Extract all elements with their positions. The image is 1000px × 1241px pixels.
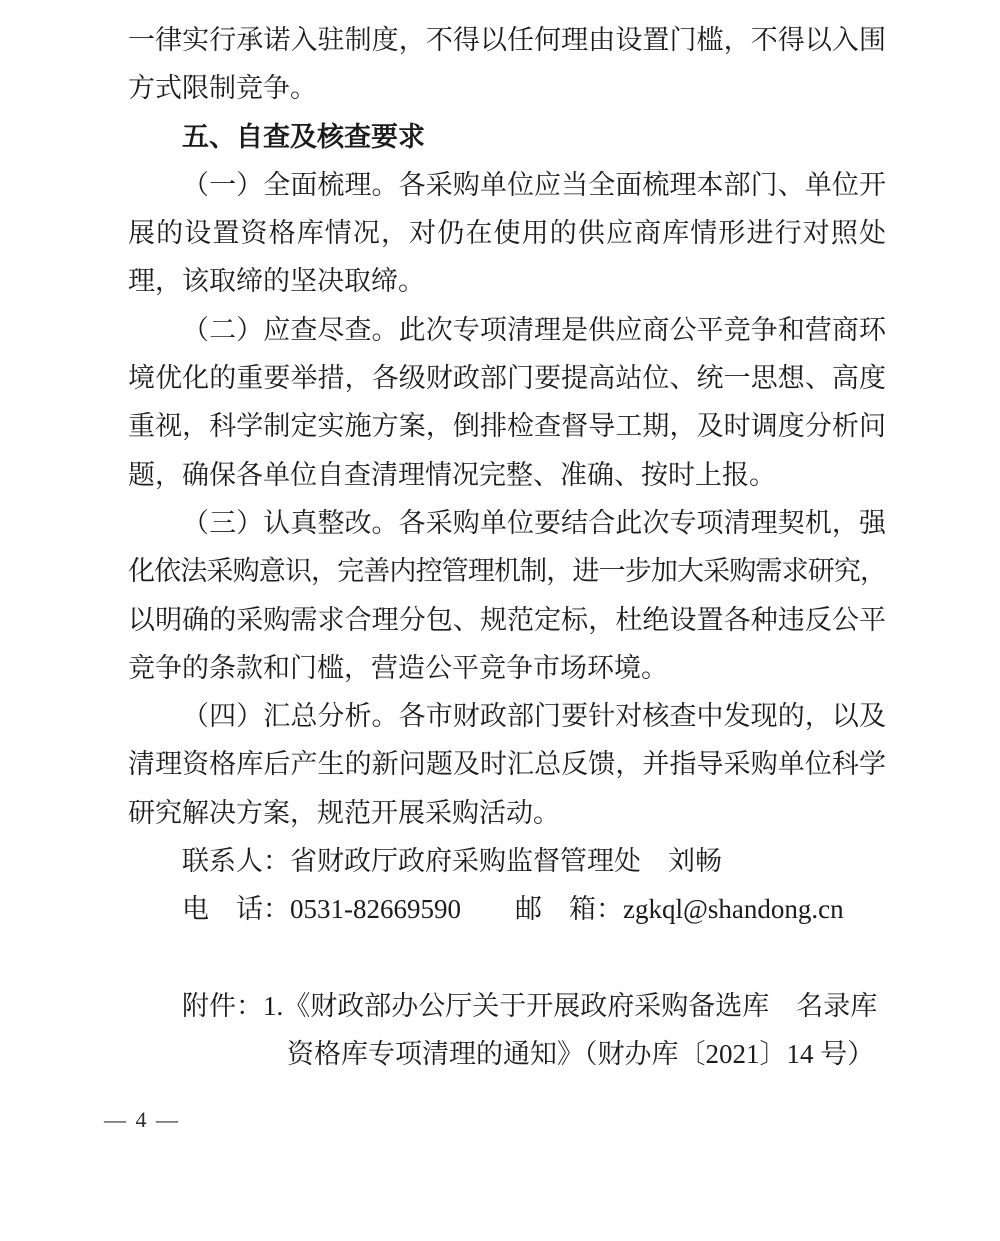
paragraph-line: 清理资格库后产生的新问题及时汇总反馈，并指导采购单位科学 <box>128 740 886 788</box>
paragraph-line: （三）认真整改。各采购单位要结合此次专项清理契机，强 <box>128 499 886 547</box>
paragraph-line: （一）全面梳理。各采购单位应当全面梳理本部门、单位开 <box>128 161 886 209</box>
contact-phone-email-line: 电 话：0531-82669590 邮 箱：zgkql@shandong.cn <box>128 885 886 933</box>
attachment-line-2: 资格库专项清理的通知》（财办库〔2021〕14 号） <box>128 1030 886 1078</box>
paragraph-line: 研究解决方案，规范开展采购活动。 <box>128 789 886 837</box>
paragraph-line: 以明确的采购需求合理分包、规范定标，杜绝设置各种违反公平 <box>128 596 886 644</box>
continuation-line: 方式限制竞争。 <box>128 64 886 112</box>
attachment-line-1: 附件：1.《财政部办公厅关于开展政府采购备选库 名录库 <box>128 982 886 1030</box>
paragraph-line: 竞争的条款和门槛，营造公平竞争市场环境。 <box>128 644 886 692</box>
paragraph-line: 理，该取缔的坚决取缔。 <box>128 257 886 305</box>
paragraph-line: 题，确保各单位自查清理情况完整、准确、按时上报。 <box>128 451 886 499</box>
paragraph-line: （二）应查尽查。此次专项清理是供应商公平竞争和营商环 <box>128 306 886 354</box>
section-heading: 五、自查及核查要求 <box>128 113 886 161</box>
contact-person-line: 联系人：省财政厅政府采购监督管理处 刘畅 <box>128 837 886 885</box>
document-page: 一律实行承诺入驻制度，不得以任何理由设置门槛，不得以入围 方式限制竞争。 五、自… <box>0 0 1000 1241</box>
paragraph-line: 重视，科学制定实施方案，倒排检查督导工期，及时调度分析问 <box>128 402 886 450</box>
document-body: 一律实行承诺入驻制度，不得以任何理由设置门槛，不得以入围 方式限制竞争。 五、自… <box>0 0 1000 1079</box>
paragraph-line: 境优化的重要举措，各级财政部门要提高站位、统一思想、高度 <box>128 354 886 402</box>
page-number: — 4 — <box>104 1103 180 1137</box>
paragraph-line: （四）汇总分析。各市财政部门要针对核查中发现的，以及 <box>128 692 886 740</box>
blank-line <box>128 934 886 982</box>
continuation-line: 一律实行承诺入驻制度，不得以任何理由设置门槛，不得以入围 <box>128 16 886 64</box>
paragraph-line: 展的设置资格库情况，对仍在使用的供应商库情形进行对照处 <box>128 209 886 257</box>
paragraph-line: 化依法采购意识，完善内控管理机制，进一步加大采购需求研究， <box>128 547 886 595</box>
